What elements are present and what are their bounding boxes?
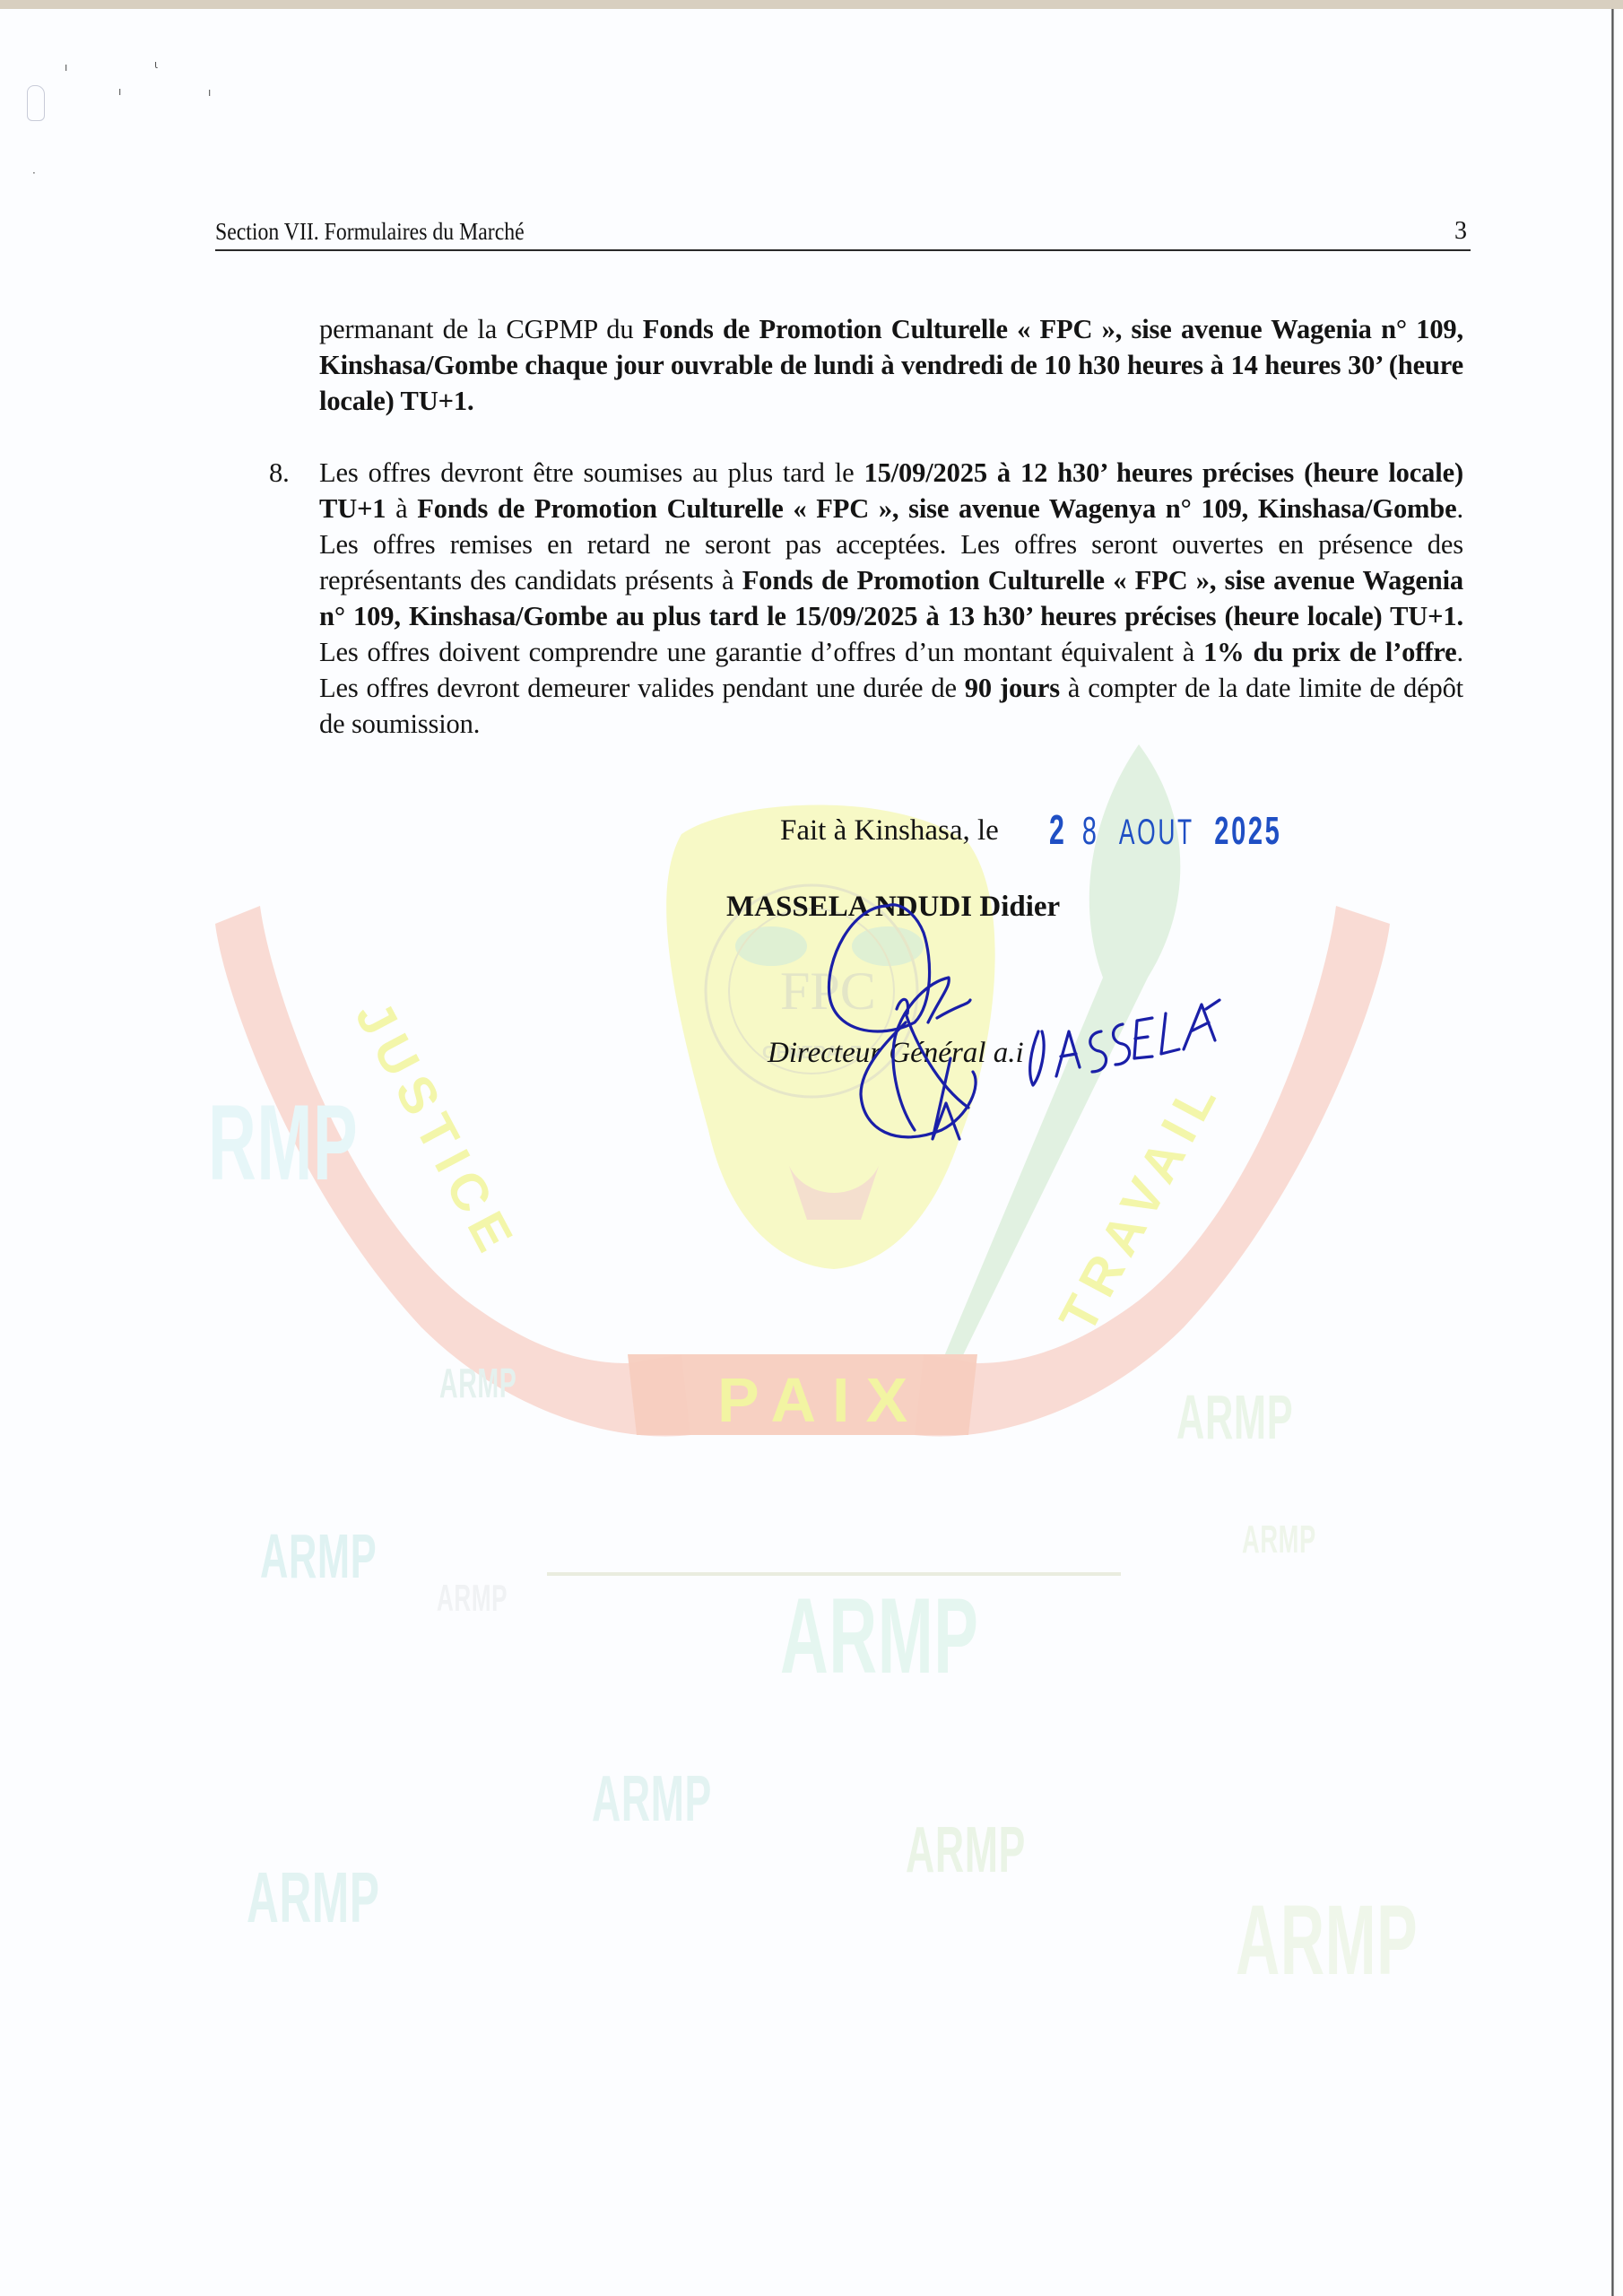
running-header: Section VII. Formulaires du Marché 3 xyxy=(215,217,1471,251)
armp-watermark: ARMP xyxy=(1176,1381,1293,1453)
document-page: PAIX JUSTICE TRAVAIL FPC GENERALE RMP AR… xyxy=(0,9,1611,2296)
scan-edge xyxy=(1611,9,1623,2296)
text-run: Les offres doivent comprendre une garant… xyxy=(319,637,1203,667)
section-title: Section VII. Formulaires du Marché xyxy=(215,218,525,246)
bold-text-run: 1% du prix de l’offre xyxy=(1203,637,1456,667)
armp-watermark: ARMP xyxy=(592,1762,712,1836)
date-stamp-year: 2025 xyxy=(1214,809,1281,853)
page-number: 3 xyxy=(1454,217,1467,246)
text-run: Les offres devront être soumises au plus… xyxy=(319,457,864,488)
paragraph-continued: permanant de la CGPMP du Fonds de Promot… xyxy=(319,311,1463,419)
signer-title: Directeur Général a.i xyxy=(768,1037,1024,1070)
seal-monogram: FPC xyxy=(780,961,876,1021)
armp-watermark: ARMP xyxy=(1242,1518,1316,1562)
text-run: permanant de la CGPMP du xyxy=(319,314,643,344)
bold-text-run: Fonds de Promotion Culturelle « FPC », s… xyxy=(417,493,1456,524)
armp-watermark: ARMP xyxy=(780,1574,979,1698)
emblem-paix-text: PAIX xyxy=(717,1365,924,1435)
armp-watermark: ARMP xyxy=(437,1577,508,1620)
date-stamp: 28AOUT2025 xyxy=(1049,805,1281,854)
emblem-justice-text: JUSTICE xyxy=(344,992,528,1269)
list-item-8: 8. Les offres devront être soumises au p… xyxy=(319,455,1463,742)
list-item-text: Les offres devront être soumises au plus… xyxy=(319,457,1463,739)
signer-name: MASSELA NDUDI Didier xyxy=(726,891,1060,924)
armp-watermark: ARMP xyxy=(906,1813,1026,1887)
place-and-date-label: Fait à Kinshasa, le xyxy=(780,814,999,848)
armp-watermark: RMP xyxy=(208,1081,358,1205)
bold-text-run: 90 jours xyxy=(965,673,1060,703)
list-item-number: 8. xyxy=(269,455,290,491)
armp-watermark: ARMP xyxy=(1236,1883,1418,1997)
armp-watermark: ARMP xyxy=(260,1520,377,1592)
date-stamp-day-2: 8 xyxy=(1082,809,1099,853)
date-stamp-day-1: 2 xyxy=(1049,806,1067,853)
armp-watermark: ARMP xyxy=(439,1359,516,1407)
armp-watermark: ARMP xyxy=(247,1857,380,1939)
date-stamp-month: AOUT xyxy=(1119,813,1194,852)
emblem-travail-text: TRAVAIL xyxy=(1048,1066,1231,1342)
text-run: à xyxy=(386,493,417,524)
